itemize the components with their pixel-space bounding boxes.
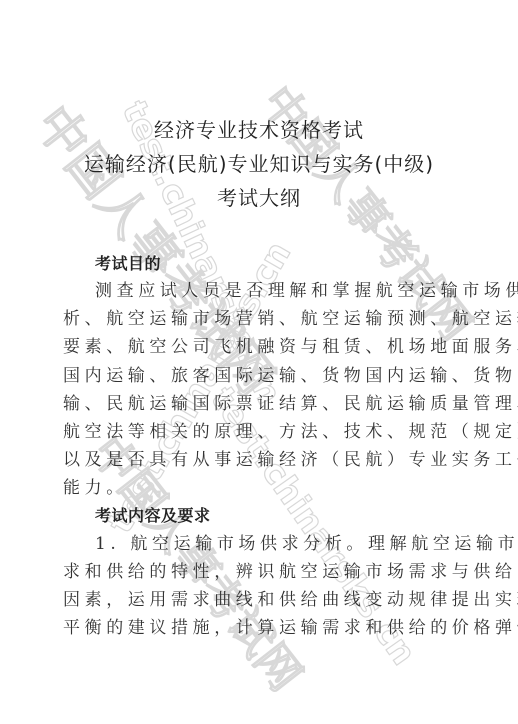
paragraph-line: 1. 航空运输市场供求分析。理解航空运输市场需 — [95, 533, 495, 555]
paragraph-line: 能力。 — [63, 477, 463, 499]
paragraph-line: 因素，运用需求曲线和供给曲线变动规律提出实现供求 — [63, 589, 463, 611]
paragraph-line: 以及是否具有从事运输经济（民航）专业实务工作的 — [63, 449, 463, 471]
paragraph-line: 测查应试人员是否理解和掌握航空运输市场供求分 — [95, 280, 495, 302]
doc-title-line-3: 考试大纲 — [0, 186, 518, 210]
doc-title-line-2: 运输经济(民航)专业知识与实务(中级) — [0, 152, 518, 176]
section-heading-purpose: 考试目的 — [95, 254, 161, 274]
paragraph-line: 航空法等相关的原理、方法、技术、规范（规定）等， — [63, 421, 463, 443]
section-heading-content: 考试内容及要求 — [95, 506, 211, 526]
paragraph-line: 国内运输、旅客国际运输、货物国内运输、货物国际运 — [63, 365, 463, 387]
paragraph-line: 输、民航运输国际票证结算、民航运输质量管理、民用 — [63, 393, 463, 415]
paragraph-line: 求和供给的特性，辨识航空运输市场需求与供给的影响 — [63, 561, 463, 583]
paragraph-line: 要素、航空公司飞机融资与租赁、机场地面服务、旅客 — [63, 336, 463, 358]
paragraph-line: 平衡的建议措施，计算运输需求和供给的价格弹性，分 — [63, 617, 463, 639]
paragraph-line: 析、航空运输市场营销、航空运输预测、航空运输基本 — [63, 308, 463, 330]
document-page: 经济专业技术资格考试 运输经济(民航)专业知识与实务(中级) 考试大纲 考试目的… — [0, 0, 518, 724]
doc-title-line-1: 经济专业技术资格考试 — [0, 118, 518, 142]
